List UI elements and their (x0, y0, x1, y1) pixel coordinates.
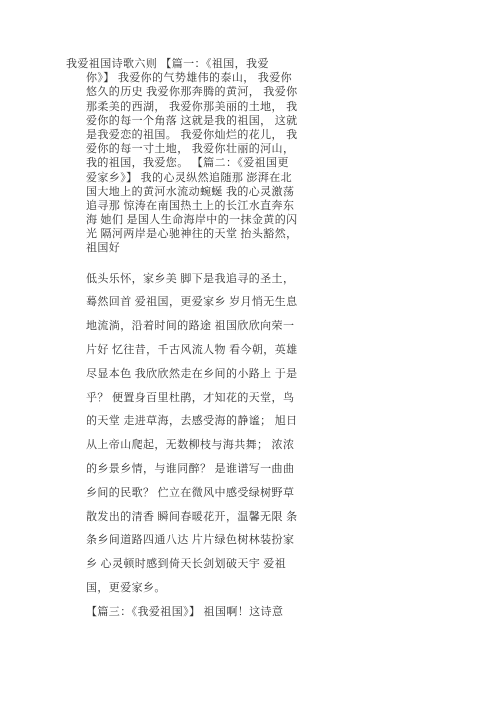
text-line: 乡间的民歌？ 伫立在微风中感受绿树野草 (86, 482, 426, 506)
paragraph-poem-1-and-2: 我爱祖国诗歌六则 【篇一：《祖国，我爱你》】 我爱你的气势雄伟的泰山， 我爱你悠… (86, 57, 426, 256)
text-line: 爱你的每一寸土地， 我爱你壮丽的河山， (86, 142, 426, 156)
text-line: 从上帝山爬起，无数柳枝与海共舞； 浓浓 (86, 434, 426, 458)
text-line: 我爱祖国诗歌六则 【篇一：《祖国，我爱 (66, 57, 426, 71)
text-line: 蓦然回首 爱祖国，更爱家乡 岁月悄无生息 (86, 291, 426, 315)
text-line: 我的祖国，我爱您。 【篇二：《爱祖国更 (86, 156, 426, 170)
text-line: 低头乐怀，家乡美 脚下是我追寻的圣土， (86, 268, 426, 292)
text-line: 那柔美的西湖， 我爱你那美丽的土地， 我 (86, 100, 426, 114)
text-line: 国，更爱家乡。 (86, 577, 426, 601)
paragraph-poem-2-continued: 低头乐怀，家乡美 脚下是我追寻的圣土，蓦然回首 爱祖国，更爱家乡 岁月悄无生息地… (86, 268, 426, 601)
text-line: 海 她们 是国人生命海岸中的一抹金黄的闪 (86, 213, 426, 227)
text-line: 片好 忆往昔，千古风流人物 看今朝，英雄 (86, 339, 426, 363)
document-body: 我爱祖国诗歌六则 【篇一：《祖国，我爱你》】 我爱你的气势雄伟的泰山， 我爱你悠… (86, 57, 426, 625)
document-page: 我爱祖国诗歌六则 【篇一：《祖国，我爱你》】 我爱你的气势雄伟的泰山， 我爱你悠… (0, 0, 500, 707)
text-line: 散发出的清香 瞬间春暖花开，温馨无限 条 (86, 506, 426, 530)
text-line: 悠久的历史 我爱你那奔腾的黄河， 我爱你 (86, 85, 426, 99)
text-line: 的天堂 走进草海，去感受海的静谧； 旭日 (86, 410, 426, 434)
text-line: 爱家乡》】 我的心灵纵然追随那 澎湃在北 (86, 171, 426, 185)
text-line: 地流淌，沿着时间的路途 祖国欣欣向荣一 (86, 315, 426, 339)
text-line: 乎？ 便置身百里杜鹃，才知花的天堂，鸟 (86, 387, 426, 411)
text-line: 尽显本色 我欣欣然走在乡间的小路上 于是 (86, 363, 426, 387)
text-line: 你》】 我爱你的气势雄伟的泰山， 我爱你 (86, 71, 426, 85)
text-line: 祖国好 (86, 241, 426, 255)
text-line: 【篇三：《我爱祖国》】 祖国啊！这诗意 (86, 601, 426, 625)
text-line: 条乡间道路四通八达 片片绿色树林装扮家 (86, 529, 426, 553)
text-line: 国大地上的黄河水流动蜿蜒 我的心灵激荡 (86, 185, 426, 199)
text-line: 是我爱恋的祖国。 我爱你灿烂的花儿， 我 (86, 128, 426, 142)
text-line: 追寻那 惊涛在南国热土上的长江水直奔东 (86, 199, 426, 213)
text-line: 爱你的每一个角落 这就是我的祖国， 这就 (86, 114, 426, 128)
text-line: 乡 心灵顿时感到倚天长剑划破天宇 爱祖 (86, 553, 426, 577)
paragraph-poem-3-heading: 【篇三：《我爱祖国》】 祖国啊！这诗意 (86, 601, 426, 625)
text-line: 光 隔河两岸是心驰神往的天堂 抬头豁然， (86, 227, 426, 241)
text-line: 的乡景乡情，与谁同醉？ 是谁谱写一曲曲 (86, 458, 426, 482)
